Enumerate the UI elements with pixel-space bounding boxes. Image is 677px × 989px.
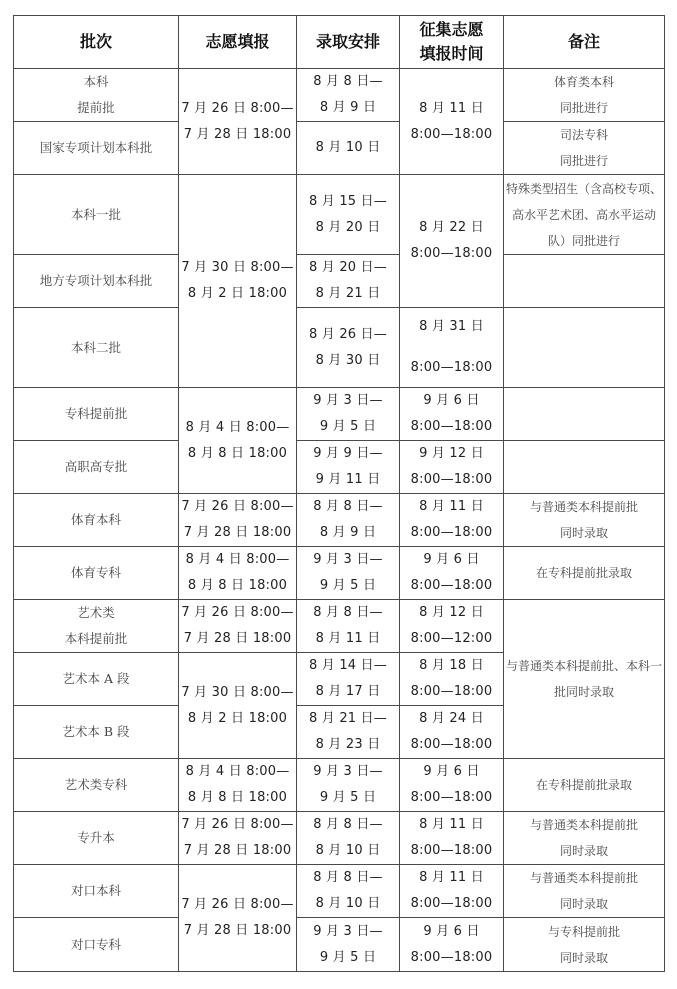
admission-date: 8 月 11 日 — [316, 626, 381, 652]
note-cell: 与普通类本科提前批、本科一批同时录取 — [503, 599, 665, 759]
admission-cell: 8 月 8 日—8 月 10 日 — [296, 811, 400, 865]
batch-cell: 对口专科 — [13, 917, 179, 972]
admission-date: 8 月 8 日— — [313, 600, 383, 626]
note-text: 队）同批进行 — [548, 228, 620, 254]
solicitation-period: 9 月 6 日 — [423, 759, 479, 785]
solicitation-period: 8:00—12:00 — [411, 626, 493, 652]
admission-cell: 9 月 3 日—9 月 5 日 — [296, 758, 400, 812]
batch-cell: 对口本科 — [13, 864, 179, 918]
admission-date: 8 月 10 日 — [316, 838, 381, 864]
admission-date: 8 月 14 日— — [309, 653, 387, 679]
batch-cell: 高职高专批 — [13, 440, 179, 494]
application-period: 8 月 4 日 8:00— — [186, 547, 290, 573]
batch-cell: 艺术类专科 — [13, 758, 179, 812]
solicitation-period-cell: 9 月 6 日8:00—18:00 — [399, 758, 504, 812]
solicitation-period: 8:00—18:00 — [411, 520, 493, 546]
application-period-cell: 8 月 4 日 8:00—8 月 8 日 18:00 — [178, 546, 297, 600]
application-period-cell: 7 月 26 日 8:00—7 月 28 日 18:00 — [178, 599, 297, 653]
solicitation-period: 8:00—18:00 — [411, 122, 493, 148]
note-text: 同时录取 — [560, 891, 608, 917]
application-period: 7 月 28 日 18:00 — [184, 918, 292, 944]
solicitation-period: 8 月 24 日 — [419, 706, 484, 732]
application-period: 8 月 2 日 18:00 — [188, 706, 287, 732]
note-text: 与普通类本科提前批、本科一 — [506, 653, 662, 679]
note-text: 同时录取 — [560, 945, 608, 971]
application-period: 8 月 4 日 8:00— — [186, 415, 290, 441]
batch-cell: 国家专项计划本科批 — [13, 121, 179, 175]
header-application: 志愿填报 — [178, 15, 297, 69]
solicitation-period: 8 月 11 日 — [419, 812, 484, 838]
note-text: 在专科提前批录取 — [536, 560, 632, 586]
note-text: 与普通类本科提前批 — [530, 865, 638, 891]
solicitation-period: 8:00—18:00 — [411, 355, 493, 381]
note-cell — [503, 307, 665, 388]
admission-cell: 8 月 20 日—8 月 21 日 — [296, 254, 400, 308]
note-text: 同时录取 — [560, 838, 608, 864]
solicitation-period-cell: 8 月 24 日8:00—18:00 — [399, 705, 504, 759]
admission-date: 8 月 9 日 — [320, 95, 376, 121]
batch-name: 艺术本 A 段 — [63, 666, 130, 692]
note-text: 同批进行 — [560, 95, 608, 121]
header-admission: 录取安排 — [296, 15, 400, 69]
note-cell — [503, 440, 665, 494]
solicitation-period: 8:00—18:00 — [411, 945, 493, 971]
note-text: 与普通类本科提前批 — [530, 494, 638, 520]
admission-date: 8 月 15 日— — [309, 189, 387, 215]
batch-cell: 专升本 — [13, 811, 179, 865]
admission-schedule-table: 批次志愿填报录取安排征集志愿填报时间备注本科提前批8 月 8 日—8 月 9 日… — [0, 0, 677, 989]
note-cell: 与普通类本科提前批同时录取 — [503, 811, 665, 865]
solicitation-period-cell: 9 月 6 日8:00—18:00 — [399, 387, 504, 441]
application-period-cell: 7 月 26 日 8:00—7 月 28 日 18:00 — [178, 68, 297, 175]
batch-cell: 体育本科 — [13, 493, 179, 547]
admission-cell: 9 月 3 日—9 月 5 日 — [296, 387, 400, 441]
admission-date: 8 月 20 日 — [316, 215, 381, 241]
solicitation-period: 8:00—18:00 — [411, 241, 493, 267]
header-label: 征集志愿 — [419, 18, 483, 42]
batch-cell: 本科一批 — [13, 174, 179, 255]
solicitation-period: 8:00—18:00 — [411, 414, 493, 440]
solicitation-period: 8 月 31 日 — [419, 314, 484, 340]
solicitation-period-cell: 8 月 31 日8:00—18:00 — [399, 307, 504, 388]
solicitation-period: 8:00—18:00 — [411, 785, 493, 811]
batch-name: 国家专项计划本科批 — [40, 135, 153, 161]
admission-date: 8 月 8 日— — [313, 812, 383, 838]
application-period: 7 月 26 日 8:00— — [181, 600, 293, 626]
application-period: 8 月 8 日 18:00 — [188, 441, 287, 467]
admission-date: 8 月 8 日— — [313, 865, 383, 891]
solicitation-period: 8 月 18 日 — [419, 653, 484, 679]
solicitation-period-cell: 9 月 6 日8:00—18:00 — [399, 917, 504, 972]
batch-name: 艺术类 — [77, 600, 115, 626]
admission-date: 8 月 9 日 — [320, 520, 376, 546]
batch-name: 艺术类专科 — [65, 772, 128, 798]
admission-date: 9 月 9 日— — [313, 441, 383, 467]
application-period: 7 月 26 日 8:00— — [181, 96, 293, 122]
solicitation-period: 9 月 12 日 — [419, 441, 484, 467]
batch-name: 对口专科 — [71, 932, 121, 958]
note-cell: 在专科提前批录取 — [503, 758, 665, 812]
note-text: 批同时录取 — [554, 679, 614, 705]
solicitation-period: 8:00—18:00 — [411, 679, 493, 705]
note-cell: 特殊类型招生（含高校专项、高水平艺术团、高水平运动队）同批进行 — [503, 174, 665, 255]
note-text: 高水平艺术团、高水平运动 — [512, 202, 656, 228]
batch-cell: 艺术类本科提前批 — [13, 599, 179, 653]
admission-date: 9 月 5 日 — [320, 414, 376, 440]
solicitation-period: 8:00—18:00 — [411, 891, 493, 917]
solicitation-period-cell: 8 月 11 日8:00—18:00 — [399, 493, 504, 547]
header-solicitation: 征集志愿填报时间 — [399, 15, 504, 69]
application-period: 7 月 26 日 8:00— — [181, 494, 293, 520]
batch-cell: 本科二批 — [13, 307, 179, 388]
admission-cell: 8 月 21 日—8 月 23 日 — [296, 705, 400, 759]
admission-date: 8 月 30 日 — [316, 348, 381, 374]
note-cell: 与普通类本科提前批同时录取 — [503, 864, 665, 918]
application-period-cell: 8 月 4 日 8:00—8 月 8 日 18:00 — [178, 758, 297, 812]
solicitation-period-cell: 8 月 12 日8:00—12:00 — [399, 599, 504, 653]
application-period: 7 月 30 日 8:00— — [181, 680, 293, 706]
batch-name: 专科提前批 — [65, 401, 128, 427]
batch-name: 艺术本 B 段 — [62, 719, 129, 745]
admission-date: 8 月 23 日 — [316, 732, 381, 758]
solicitation-period: 8:00—18:00 — [411, 838, 493, 864]
note-cell: 与专科提前批同时录取 — [503, 917, 665, 972]
application-period: 8 月 8 日 18:00 — [188, 573, 287, 599]
admission-date: 8 月 21 日— — [309, 706, 387, 732]
admission-date: 9 月 5 日 — [320, 945, 376, 971]
solicitation-period: 8 月 11 日 — [419, 865, 484, 891]
admission-cell: 8 月 8 日—8 月 11 日 — [296, 599, 400, 653]
admission-cell: 8 月 10 日 — [296, 121, 400, 175]
batch-name: 对口本科 — [71, 878, 121, 904]
application-period: 7 月 28 日 18:00 — [184, 520, 292, 546]
solicitation-period: 8:00—18:00 — [411, 573, 493, 599]
application-period-cell: 7 月 26 日 8:00—7 月 28 日 18:00 — [178, 493, 297, 547]
admission-cell: 9 月 3 日—9 月 5 日 — [296, 917, 400, 972]
admission-date: 9 月 5 日 — [320, 785, 376, 811]
batch-name: 体育专科 — [71, 560, 121, 586]
batch-name: 本科二批 — [71, 335, 121, 361]
application-period: 7 月 30 日 8:00— — [181, 255, 293, 281]
note-text: 同批进行 — [560, 148, 608, 174]
solicitation-period: 8 月 12 日 — [419, 600, 484, 626]
solicitation-period: 9 月 6 日 — [423, 547, 479, 573]
admission-date: 9 月 3 日— — [313, 547, 383, 573]
note-text: 司法专科 — [560, 122, 608, 148]
admission-date: 8 月 10 日 — [316, 891, 381, 917]
admission-date: 9 月 11 日 — [316, 467, 381, 493]
batch-name: 体育本科 — [71, 507, 121, 533]
admission-date: 8 月 26 日— — [309, 322, 387, 348]
note-cell — [503, 387, 665, 441]
note-cell: 体育类本科同批进行 — [503, 68, 665, 122]
batch-name: 专升本 — [77, 825, 115, 851]
admission-date: 9 月 3 日— — [313, 919, 383, 945]
batch-cell: 艺术本 A 段 — [13, 652, 179, 706]
admission-cell: 8 月 8 日—8 月 9 日 — [296, 493, 400, 547]
batch-name: 本科 — [83, 69, 108, 95]
note-cell: 与普通类本科提前批同时录取 — [503, 493, 665, 547]
admission-date: 8 月 8 日— — [313, 494, 383, 520]
header-label: 备注 — [568, 30, 600, 54]
solicitation-period-cell: 9 月 6 日8:00—18:00 — [399, 546, 504, 600]
admission-cell: 8 月 8 日—8 月 9 日 — [296, 68, 400, 122]
header-label: 录取安排 — [316, 30, 380, 54]
batch-name: 本科提前批 — [65, 626, 128, 652]
header-label: 志愿填报 — [205, 30, 269, 54]
solicitation-period: 8:00—18:00 — [411, 467, 493, 493]
solicitation-period: 8:00—18:00 — [411, 732, 493, 758]
note-cell — [503, 254, 665, 308]
batch-cell: 体育专科 — [13, 546, 179, 600]
admission-cell: 8 月 26 日—8 月 30 日 — [296, 307, 400, 388]
admission-cell: 8 月 15 日—8 月 20 日 — [296, 174, 400, 255]
header-label: 填报时间 — [419, 42, 483, 66]
application-period: 8 月 2 日 18:00 — [188, 281, 287, 307]
application-period-cell: 7 月 30 日 8:00—8 月 2 日 18:00 — [178, 652, 297, 759]
solicitation-period-cell: 8 月 18 日8:00—18:00 — [399, 652, 504, 706]
admission-cell: 9 月 3 日—9 月 5 日 — [296, 546, 400, 600]
note-text: 体育类本科 — [554, 69, 614, 95]
solicitation-period-cell: 8 月 11 日8:00—18:00 — [399, 68, 504, 175]
batch-name: 提前批 — [77, 95, 115, 121]
admission-date: 9 月 5 日 — [320, 573, 376, 599]
solicitation-period-cell: 9 月 12 日8:00—18:00 — [399, 440, 504, 494]
header-batch: 批次 — [13, 15, 179, 69]
admission-date: 9 月 3 日— — [313, 388, 383, 414]
application-period-cell: 7 月 26 日 8:00—7 月 28 日 18:00 — [178, 811, 297, 865]
solicitation-period: 8 月 11 日 — [419, 96, 484, 122]
admission-cell: 8 月 8 日—8 月 10 日 — [296, 864, 400, 918]
application-period: 7 月 28 日 18:00 — [184, 626, 292, 652]
application-period-cell: 7 月 26 日 8:00—7 月 28 日 18:00 — [178, 864, 297, 972]
application-period-cell: 8 月 4 日 8:00—8 月 8 日 18:00 — [178, 387, 297, 494]
batch-cell: 专科提前批 — [13, 387, 179, 441]
solicitation-period: 9 月 6 日 — [423, 919, 479, 945]
application-period: 7 月 26 日 8:00— — [181, 812, 293, 838]
note-cell: 司法专科同批进行 — [503, 121, 665, 175]
application-period: 8 月 4 日 8:00— — [186, 759, 290, 785]
admission-date: 9 月 3 日— — [313, 759, 383, 785]
note-text: 与专科提前批 — [548, 919, 620, 945]
solicitation-period-cell: 8 月 22 日8:00—18:00 — [399, 174, 504, 308]
note-cell: 在专科提前批录取 — [503, 546, 665, 600]
admission-date: 8 月 10 日 — [316, 135, 381, 161]
application-period: 8 月 8 日 18:00 — [188, 785, 287, 811]
batch-name: 地方专项计划本科批 — [40, 268, 153, 294]
application-period: 7 月 28 日 18:00 — [184, 838, 292, 864]
batch-name: 本科一批 — [71, 202, 121, 228]
batch-cell: 艺术本 B 段 — [13, 705, 179, 759]
batch-cell: 本科提前批 — [13, 68, 179, 122]
admission-date: 8 月 20 日— — [309, 255, 387, 281]
note-text: 特殊类型招生（含高校专项、 — [506, 176, 662, 202]
solicitation-period: 9 月 6 日 — [423, 388, 479, 414]
admission-cell: 8 月 14 日—8 月 17 日 — [296, 652, 400, 706]
batch-cell: 地方专项计划本科批 — [13, 254, 179, 308]
solicitation-period-cell: 8 月 11 日8:00—18:00 — [399, 811, 504, 865]
application-period: 7 月 26 日 8:00— — [181, 892, 293, 918]
admission-date: 8 月 17 日 — [316, 679, 381, 705]
header-note: 备注 — [503, 15, 665, 69]
solicitation-period: 8 月 11 日 — [419, 494, 484, 520]
solicitation-period-cell: 8 月 11 日8:00—18:00 — [399, 864, 504, 918]
solicitation-period: 8 月 22 日 — [419, 215, 484, 241]
batch-name: 高职高专批 — [65, 454, 128, 480]
header-label: 批次 — [80, 30, 112, 54]
application-period-cell: 7 月 30 日 8:00—8 月 2 日 18:00 — [178, 174, 297, 388]
note-text: 与普通类本科提前批 — [530, 812, 638, 838]
admission-date: 8 月 8 日— — [313, 69, 383, 95]
admission-date: 8 月 21 日 — [316, 281, 381, 307]
admission-cell: 9 月 9 日—9 月 11 日 — [296, 440, 400, 494]
note-text: 同时录取 — [560, 520, 608, 546]
application-period: 7 月 28 日 18:00 — [184, 122, 292, 148]
note-text: 在专科提前批录取 — [536, 772, 632, 798]
